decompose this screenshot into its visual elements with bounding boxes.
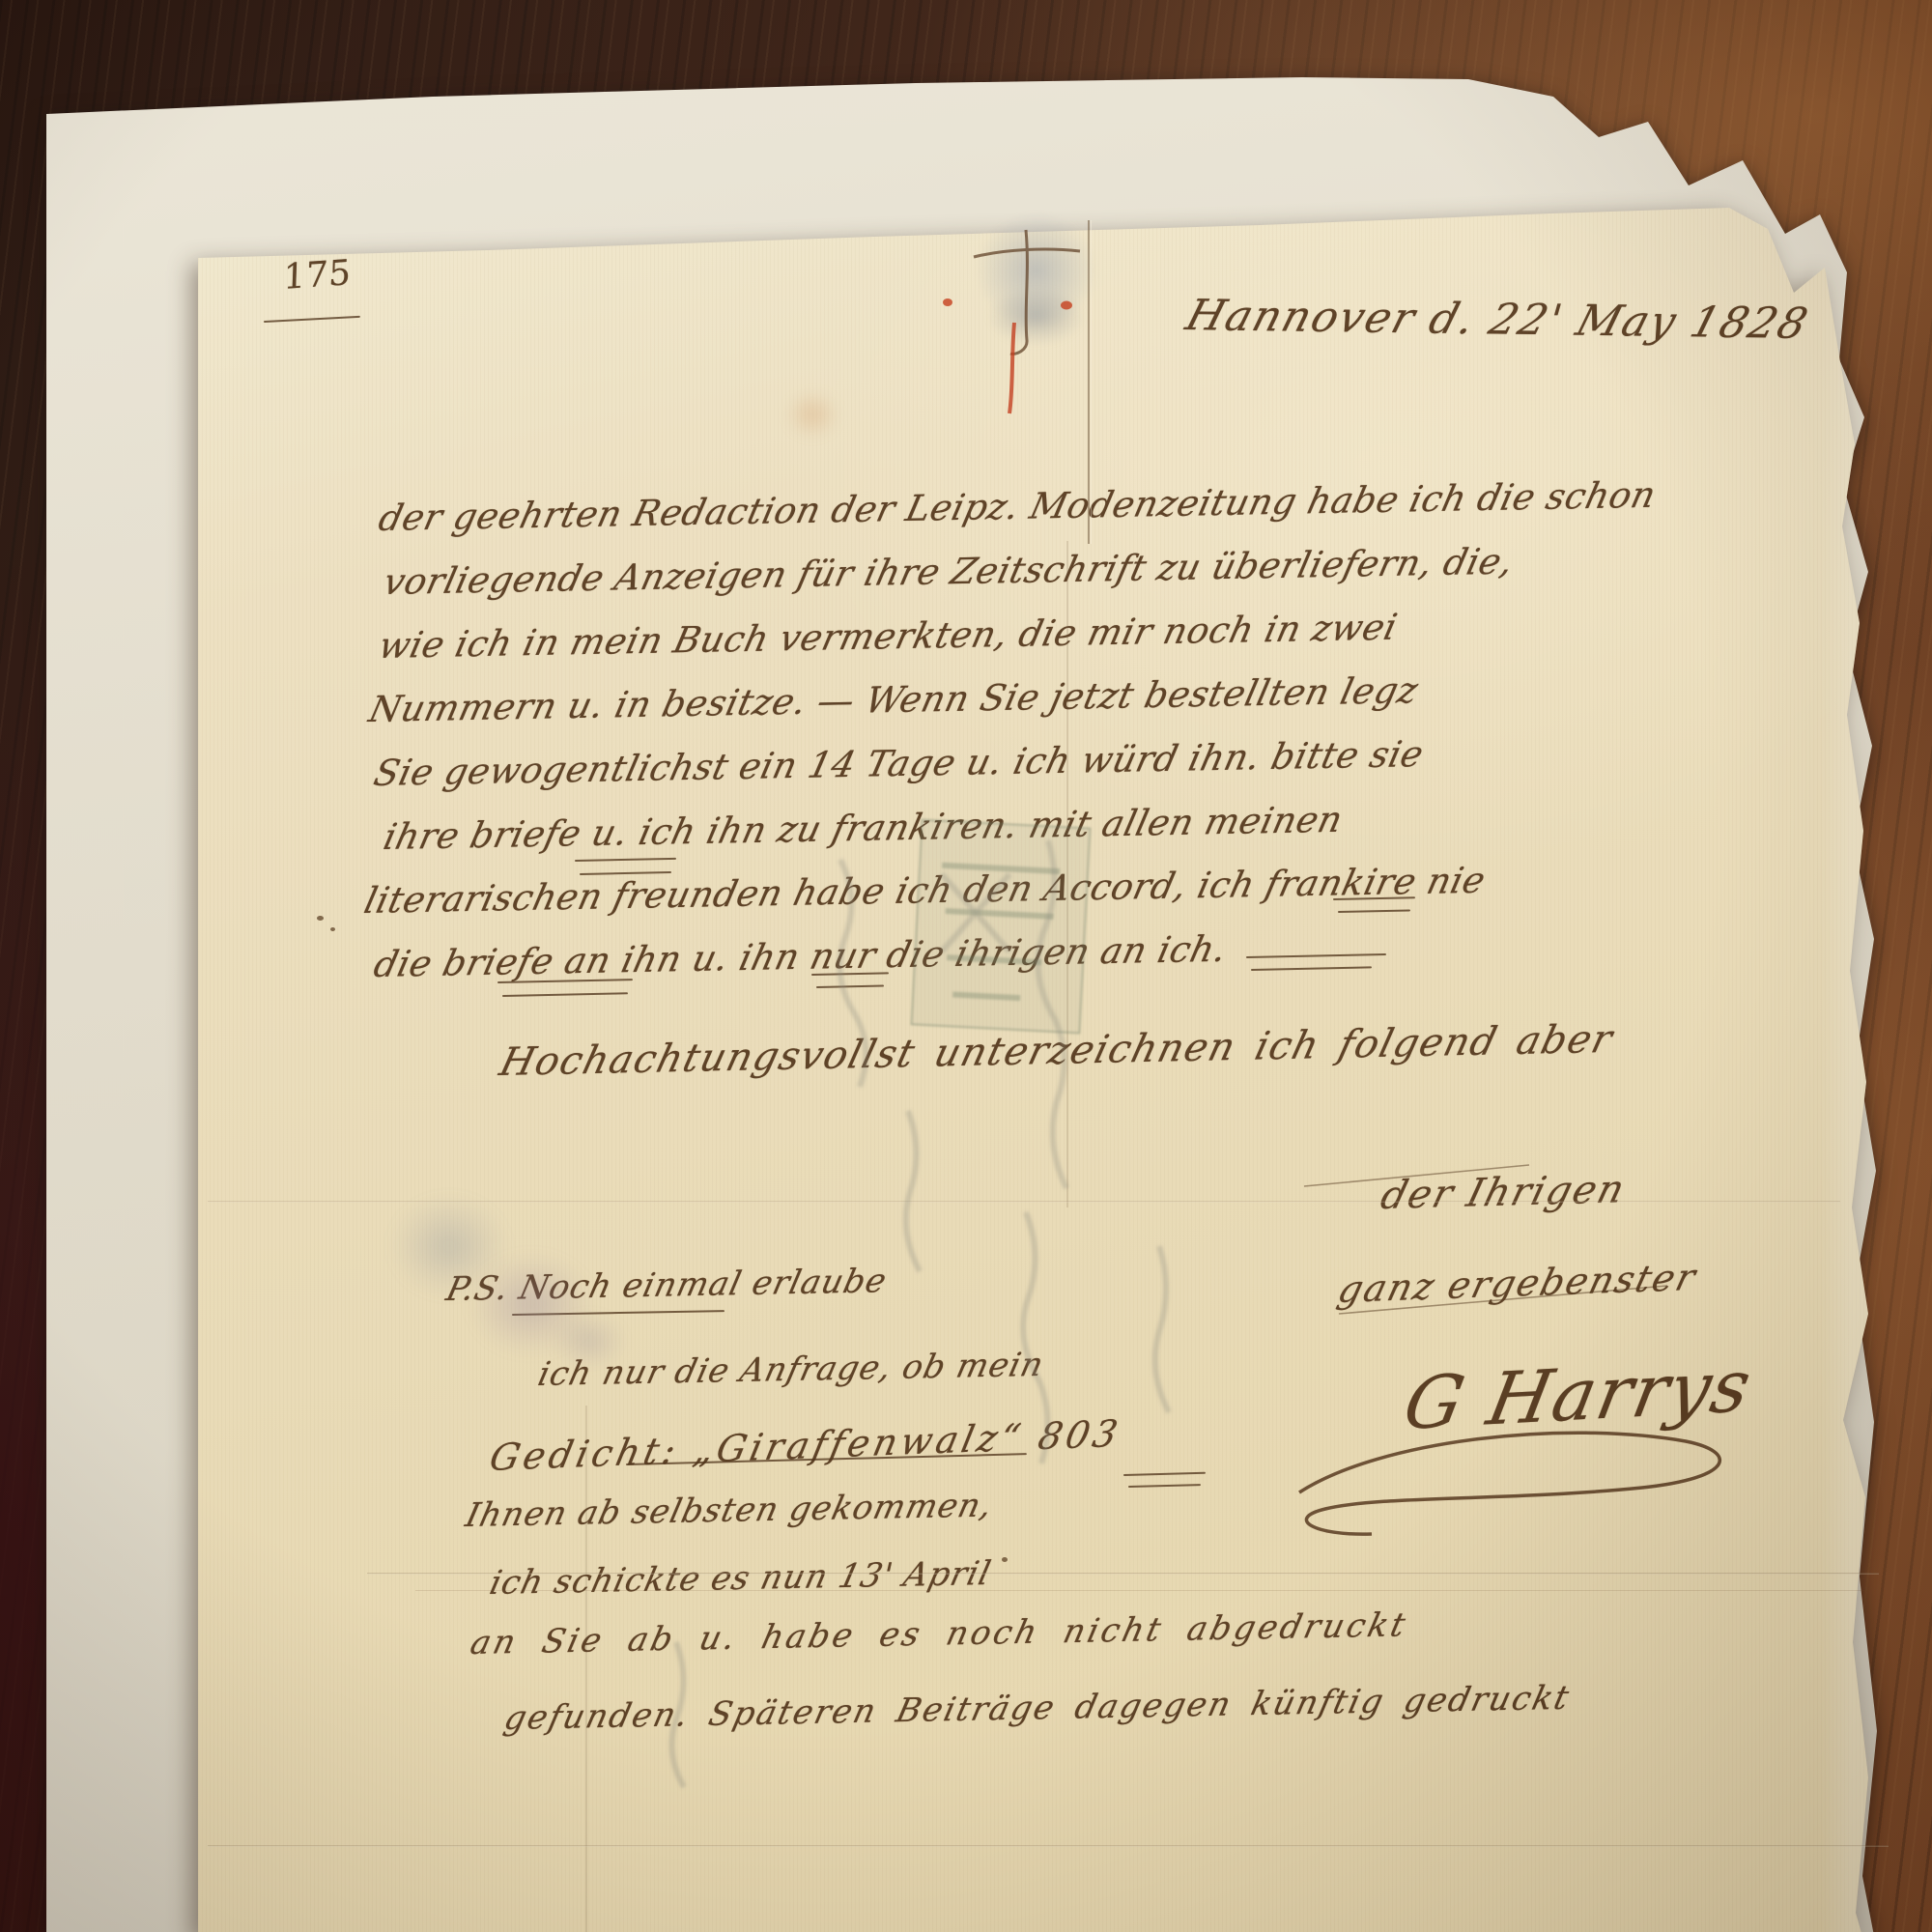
vertical-fold-crease bbox=[585, 1406, 587, 1932]
red-marks bbox=[943, 298, 1072, 413]
word-underline bbox=[1251, 966, 1372, 971]
word-underline bbox=[816, 985, 884, 988]
photo-vignette bbox=[0, 0, 1932, 1932]
word-underline bbox=[626, 1453, 1027, 1465]
ink-speck bbox=[317, 916, 324, 921]
postscript-line: P.S. Noch einmal erlaube bbox=[442, 1262, 891, 1309]
handwritten-line: ihre briefe u. ich ihn zu frankiren. mit… bbox=[380, 799, 1347, 858]
page-number: 175 bbox=[283, 253, 352, 298]
handwritten-line: literarischen freunden habe ich den Acco… bbox=[360, 860, 1490, 922]
horizontal-fold-crease bbox=[415, 1590, 1864, 1591]
word-underline bbox=[575, 858, 676, 862]
signature-flourish bbox=[1299, 1433, 1719, 1534]
pen-hairlines bbox=[1304, 1165, 1667, 1314]
closing-valediction: der Ihrigen bbox=[1377, 1167, 1632, 1218]
word-underline bbox=[1246, 953, 1386, 958]
handwritten-line: Sie gewogentlichst ein 14 Tage u. ich wü… bbox=[370, 733, 1428, 794]
closing-valediction: ganz ergebenster bbox=[1334, 1256, 1702, 1311]
handwritten-line: wie ich in mein Buch vermerkten, die mir… bbox=[375, 607, 1402, 667]
ink-flourish-layer bbox=[0, 0, 1932, 1932]
postmark-ghost bbox=[911, 819, 1092, 1035]
horizontal-fold-crease bbox=[208, 1201, 1840, 1203]
handwritten-line: der geehrten Redaction der Leipz. Modenz… bbox=[375, 474, 1660, 539]
word-underline bbox=[1128, 1484, 1201, 1488]
ink-blot bbox=[377, 1183, 522, 1309]
vertical-fold-crease bbox=[1088, 220, 1090, 544]
letter-page: 175 Hannover d. 22' May 1828 der geehrte… bbox=[198, 208, 1898, 1932]
seal-smudge bbox=[961, 198, 1111, 343]
word-underline bbox=[1338, 909, 1410, 913]
closing-line: Hochachtungsvollst unterzeichnen ich fol… bbox=[496, 1017, 1618, 1085]
letter-sheet-wrap: 175 Hannover d. 22' May 1828 der geehrte… bbox=[198, 208, 1898, 1932]
handwritten-line: Nummern u. in besitze. — Wenn Sie jetzt … bbox=[365, 669, 1422, 730]
dateline: Hannover d. 22' May 1828 bbox=[1180, 291, 1814, 349]
under-sheet-paper bbox=[46, 71, 1877, 1932]
postmark-ghost-marks bbox=[913, 821, 1090, 1033]
handwritten-line: vorliegende Anzeigen für ihre Zeitschrif… bbox=[380, 540, 1518, 603]
word-underline bbox=[512, 1310, 724, 1316]
postscript-line: ich nur die Anfrage, ob mein bbox=[534, 1346, 1047, 1394]
postscript-line: gefunden. Späteren Beiträge dagegen künf… bbox=[500, 1679, 1574, 1738]
show-through-ghost-strokes bbox=[672, 840, 1170, 1787]
word-underline bbox=[502, 992, 628, 997]
vertical-fold-crease bbox=[1066, 541, 1068, 1207]
seal-ink-marks bbox=[974, 230, 1080, 354]
word-underline bbox=[580, 871, 671, 875]
photo-of-letter: 175 Hannover d. 22' May 1828 der geehrte… bbox=[0, 0, 1932, 1932]
ink-speck bbox=[330, 927, 335, 931]
ink-speck bbox=[1002, 1557, 1008, 1562]
postscript-line: an Sie ab u. habe es noch nicht abgedruc… bbox=[467, 1605, 1411, 1662]
paper-stain bbox=[779, 384, 846, 444]
word-underline bbox=[1123, 1472, 1206, 1476]
postscript-line: Gedicht: „Giraffenwalz“ 803 bbox=[486, 1412, 1125, 1479]
handwritten-line: die briefe an ihn u. ihn nur die ihrigen… bbox=[370, 928, 1231, 985]
word-underline bbox=[497, 979, 633, 983]
vertical-fold-crease bbox=[1091, 220, 1092, 544]
horizontal-fold-crease bbox=[208, 1845, 1889, 1847]
horizontal-fold-crease bbox=[367, 1573, 1879, 1575]
ink-blot bbox=[454, 1241, 609, 1367]
ink-blot bbox=[543, 1306, 635, 1376]
postscript-line: ich schickte es nun 13' April bbox=[486, 1554, 995, 1603]
seal-smudge bbox=[976, 280, 1096, 353]
page-number-underline bbox=[264, 316, 360, 323]
postscript-line: Ihnen ab selbsten gekommen, bbox=[462, 1486, 996, 1535]
word-underline bbox=[811, 972, 889, 976]
under-sheet-wrap bbox=[46, 71, 1877, 1932]
signature: G Harrys bbox=[1398, 1344, 1759, 1446]
word-underline bbox=[1333, 896, 1415, 900]
